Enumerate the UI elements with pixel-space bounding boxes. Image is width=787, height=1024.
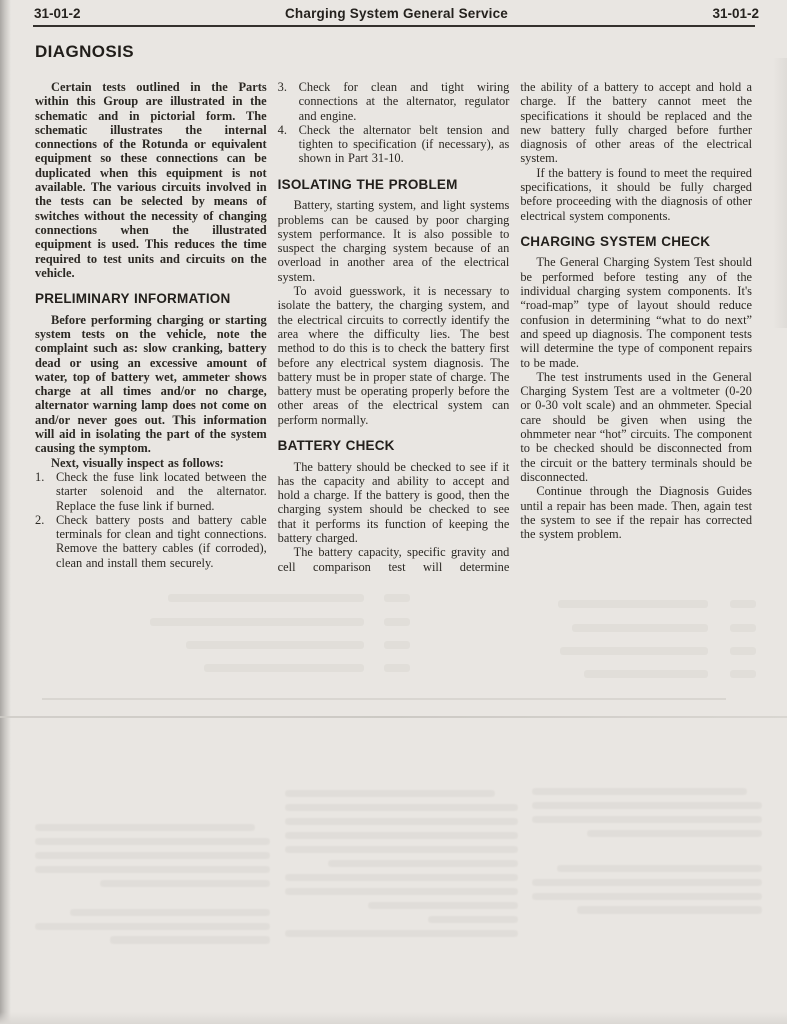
paragraph: The battery should be checked to see if … bbox=[278, 460, 510, 546]
paragraph: Continue through the Diagnosis Guides un… bbox=[520, 484, 752, 541]
paragraph: If the battery is found to meet the requ… bbox=[520, 166, 752, 223]
list-item: 2. Check battery posts and battery cable… bbox=[35, 513, 267, 570]
paragraph: To avoid guesswork, it is necessary to i… bbox=[278, 284, 510, 427]
column-3: the ability of a battery to accept and h… bbox=[520, 80, 752, 574]
page-bottom-edge-shadow bbox=[0, 1012, 787, 1024]
list-item-text: Check battery posts and battery cable te… bbox=[56, 513, 267, 570]
manual-page: 31-01-2 Charging System General Service … bbox=[0, 0, 787, 1024]
page-title: Charging System General Service bbox=[34, 6, 759, 21]
subheading-battery-check: BATTERY CHECK bbox=[278, 439, 510, 453]
paragraph: the ability of a battery to accept and h… bbox=[520, 80, 752, 166]
list-item-text: Check the fuse link located between the … bbox=[56, 470, 267, 513]
column-1: Certain tests outlined in the Parts with… bbox=[35, 80, 267, 574]
paragraph: Before performing charging or starting s… bbox=[35, 313, 267, 456]
bleed-through-rule bbox=[0, 716, 787, 718]
paragraph: Next, visually inspect as follows: bbox=[35, 456, 267, 470]
page-left-edge-shadow bbox=[0, 0, 11, 1024]
paragraph: Battery, starting system, and light syst… bbox=[278, 198, 510, 284]
list-item: 4. Check the alternator belt tension and… bbox=[278, 123, 510, 166]
subheading-preliminary-information: PRELIMINARY INFORMATION bbox=[35, 292, 267, 306]
bleed-through-ghost-text bbox=[35, 824, 270, 944]
page-number-right: 31-01-2 bbox=[712, 6, 759, 21]
list-number: 2. bbox=[35, 513, 56, 570]
bleed-through-ghost-text bbox=[285, 790, 518, 937]
header-rule bbox=[33, 25, 755, 27]
subheading-charging-system-check: CHARGING SYSTEM CHECK bbox=[520, 235, 752, 249]
paragraph: The battery capacity, specific gravity a… bbox=[278, 545, 510, 574]
paragraph: Certain tests outlined in the Parts with… bbox=[35, 80, 267, 280]
page-header: 31-01-2 Charging System General Service … bbox=[34, 6, 759, 24]
list-item: 1. Check the fuse link located between t… bbox=[35, 470, 267, 513]
article-columns: Certain tests outlined in the Parts with… bbox=[35, 80, 752, 574]
column-2: 3. Check for clean and tight wiring conn… bbox=[278, 80, 510, 574]
bleed-through-ghost-text bbox=[532, 788, 762, 914]
list-number: 4. bbox=[278, 123, 299, 166]
paragraph: The test instruments used in the General… bbox=[520, 370, 752, 484]
list-number: 3. bbox=[278, 80, 299, 123]
page-right-smudge bbox=[773, 58, 787, 328]
list-number: 1. bbox=[35, 470, 56, 513]
subheading-isolating-the-problem: ISOLATING THE PROBLEM bbox=[278, 178, 510, 192]
list-item-text: Check for clean and tight wiring connect… bbox=[299, 80, 510, 123]
bleed-through-rule bbox=[42, 698, 726, 700]
paragraph: The General Charging System Test should … bbox=[520, 255, 752, 369]
section-title: DIAGNOSIS bbox=[35, 42, 134, 62]
list-item: 3. Check for clean and tight wiring conn… bbox=[278, 80, 510, 123]
list-item-text: Check the alternator belt tension and ti… bbox=[299, 123, 510, 166]
